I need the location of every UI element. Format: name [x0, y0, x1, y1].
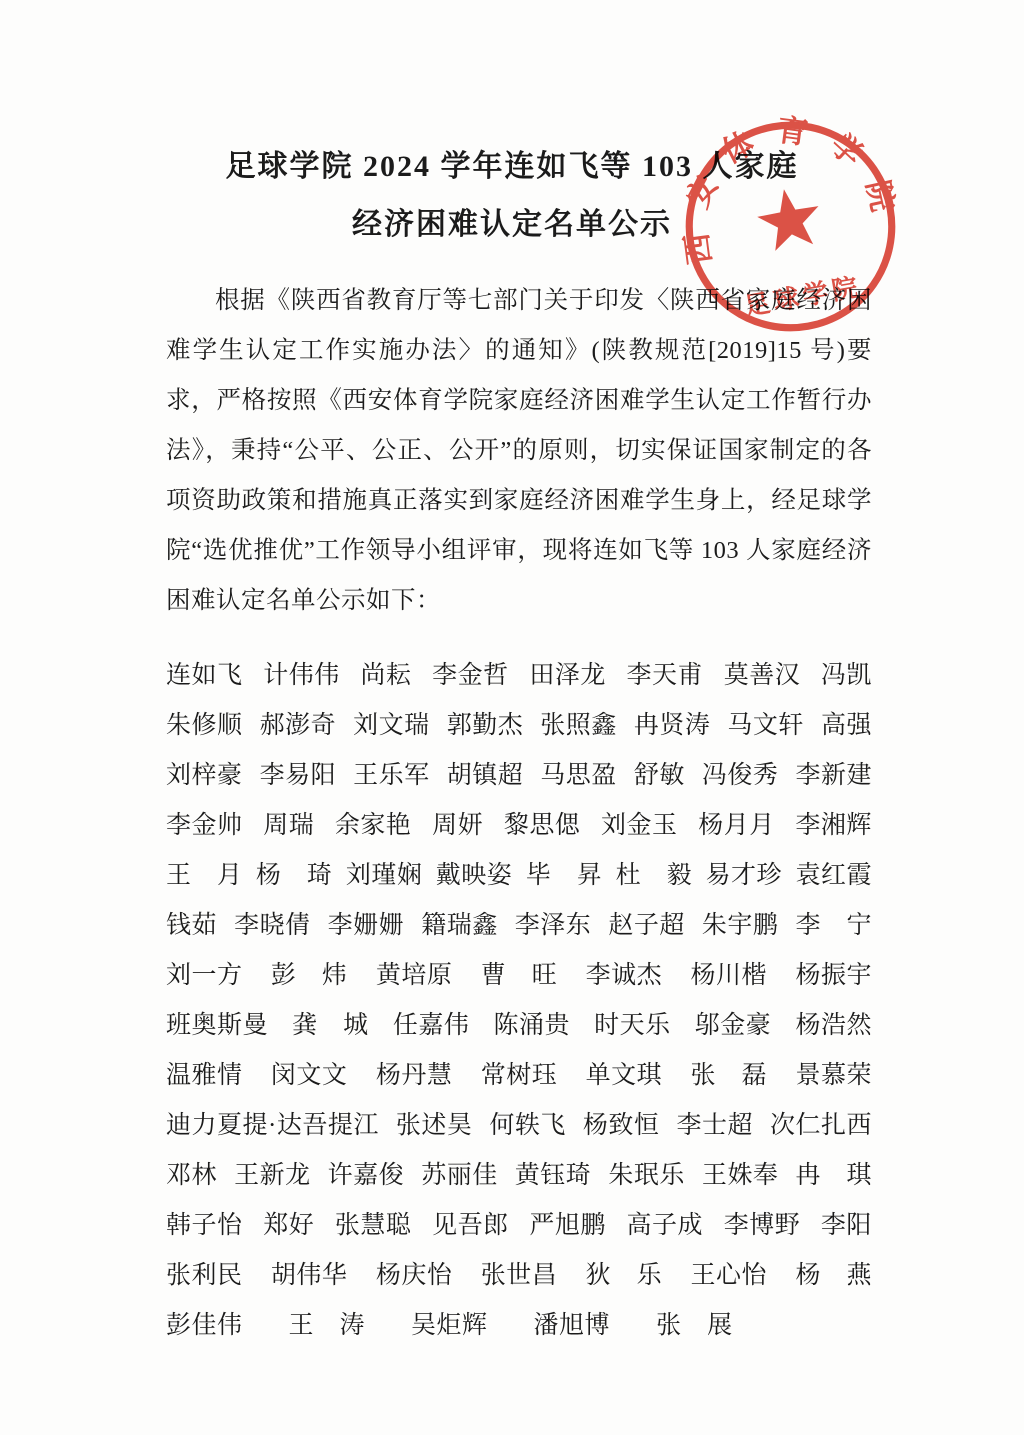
person-name: 邬金豪: [695, 1001, 772, 1051]
person-name: 见吾郎: [432, 1201, 509, 1251]
name-row: 温雅情闵文文杨丹慧常树珏单文琪张 磊景慕荣: [166, 1051, 872, 1101]
person-name: 邓林: [166, 1151, 217, 1201]
person-name: 郭勤杰: [447, 701, 524, 751]
person-name: 刘金玉: [601, 801, 678, 851]
person-name: 黄培原: [376, 951, 453, 1001]
person-name: 许嘉俊: [328, 1151, 405, 1201]
person-name: 李士超: [676, 1101, 753, 1151]
person-name: 时天乐: [594, 1001, 671, 1051]
announcement-page: 足球学院 2024 学年连如飞等 103 人家庭 经济困难认定名单公示 根据《陕…: [0, 0, 1024, 1435]
name-row: 王 月杨 琦刘瑾娴戴映姿毕 昇杜 毅易才珍袁红霞: [166, 851, 872, 901]
person-name: 杜 毅: [616, 851, 693, 901]
person-name: 马思盈: [540, 751, 617, 801]
person-name: 王新龙: [234, 1151, 311, 1201]
person-name: 高强: [821, 701, 872, 751]
announcement-content: 根据《陕西省教育厅等七部门关于印发〈陕西省家庭经济困难学生认定工作实施办法〉的通…: [0, 276, 1024, 1351]
person-name: 刘一方: [166, 951, 243, 1001]
person-name: 冯俊秀: [702, 751, 779, 801]
person-name: 李阳: [821, 1201, 872, 1251]
person-name: 毕 昇: [526, 851, 603, 901]
page-title-line2: 经济困难认定名单公示: [0, 196, 1024, 254]
person-name: 曹 旺: [481, 951, 558, 1001]
name-row: 朱修顺郝澎奇刘文瑞郭勤杰张照鑫冉贤涛马文轩高强: [166, 701, 872, 751]
name-row: 邓林王新龙许嘉俊苏丽佳黄钰琦朱珉乐王姝奉冉 琪: [166, 1151, 872, 1201]
person-name: 吴炬辉: [411, 1301, 488, 1351]
person-name: 朱宇鹏: [702, 901, 779, 951]
person-name: 冉贤涛: [634, 701, 711, 751]
person-name: 彭 炜: [271, 951, 348, 1001]
person-name: 李金帅: [166, 801, 243, 851]
person-name: 王乐军: [353, 751, 430, 801]
person-name: 温雅情: [166, 1051, 243, 1101]
person-name: 陈涌贵: [493, 1001, 570, 1051]
person-name: 朱珉乐: [608, 1151, 685, 1201]
name-row: 刘梓豪李易阳王乐军胡镇超马思盈舒敏冯俊秀李新建: [166, 751, 872, 801]
person-name: 龚 城: [292, 1001, 369, 1051]
person-name: 朱修顺: [166, 701, 243, 751]
person-name: 王姝奉: [702, 1151, 779, 1201]
person-name: 李泽东: [515, 901, 592, 951]
name-row: 刘一方彭 炜黄培原曹 旺李诚杰杨川楷杨振宇: [166, 951, 872, 1001]
person-name: 黄钰琦: [515, 1151, 592, 1201]
person-name: 郑好: [263, 1201, 314, 1251]
person-name: 韩子怡: [166, 1201, 243, 1251]
person-name: 单文琪: [586, 1051, 663, 1101]
person-name: 李易阳: [260, 751, 337, 801]
person-name: 李天甫: [627, 651, 704, 701]
person-name: 次仁扎西: [770, 1101, 872, 1151]
person-name: 李姗姗: [328, 901, 405, 951]
person-name: 刘文瑞: [353, 701, 430, 751]
name-row: 钱茹李晓倩李姗姗籍瑞鑫李泽东赵子超朱宇鹏李 宁: [166, 901, 872, 951]
person-name: 高子成: [627, 1201, 704, 1251]
person-name: 张述昊: [396, 1101, 473, 1151]
person-name: 刘梓豪: [166, 751, 243, 801]
person-name: 迪力夏提·达吾提江: [166, 1101, 379, 1151]
name-row: 连如飞计伟伟尚耘李金哲田泽龙李天甫莫善汉冯凯: [166, 651, 872, 701]
person-name: 尚耘: [360, 651, 411, 701]
person-name: 李博野: [724, 1201, 801, 1251]
person-name: 杨致恒: [583, 1101, 660, 1151]
person-name: 班奥斯曼: [166, 1001, 268, 1051]
person-name: 胡伟华: [271, 1251, 348, 1301]
person-name: 彭佳伟: [166, 1301, 243, 1351]
person-name: 杨丹慧: [376, 1051, 453, 1101]
person-name: 钱茹: [166, 901, 217, 951]
person-name: 黎思偲: [504, 801, 581, 851]
person-name: 李诚杰: [586, 951, 663, 1001]
name-row: 张利民胡伟华杨庆怡张世昌狄 乐王心怡杨 燕: [166, 1251, 872, 1301]
person-name: 杨 燕: [795, 1251, 872, 1301]
person-name: 王心怡: [691, 1251, 768, 1301]
person-name: 严旭鹏: [529, 1201, 606, 1251]
page-title-line1: 足球学院 2024 学年连如飞等 103 人家庭: [0, 138, 1024, 196]
person-name: 李金哲: [432, 651, 509, 701]
person-name: 潘旭博: [534, 1301, 611, 1351]
person-name: 王 涛: [289, 1301, 366, 1351]
person-name: 李 宁: [795, 901, 872, 951]
person-name: 李湘辉: [795, 801, 872, 851]
person-name: 李晓倩: [234, 901, 311, 951]
name-roster: 连如飞计伟伟尚耘李金哲田泽龙李天甫莫善汉冯凯朱修顺郝澎奇刘文瑞郭勤杰张照鑫冉贤涛…: [166, 651, 872, 1351]
name-row: 彭佳伟王 涛吴炬辉潘旭博张 展: [166, 1301, 872, 1351]
person-name: 胡镇超: [447, 751, 524, 801]
person-name: 景慕荣: [795, 1051, 872, 1101]
person-name: 易才珍: [706, 851, 783, 901]
person-name: 田泽龙: [529, 651, 606, 701]
person-name: 闵文文: [271, 1051, 348, 1101]
person-name: 张利民: [166, 1251, 243, 1301]
name-row: 班奥斯曼龚 城任嘉伟陈涌贵时天乐邬金豪杨浩然: [166, 1001, 872, 1051]
person-name: 莫善汉: [724, 651, 801, 701]
person-name: 冉 琪: [795, 1151, 872, 1201]
name-row: 韩子怡郑好张慧聪见吾郎严旭鹏高子成李博野李阳: [166, 1201, 872, 1251]
person-name: 苏丽佳: [421, 1151, 498, 1201]
person-name: 连如飞: [166, 651, 243, 701]
person-name: 杨庆怡: [376, 1251, 453, 1301]
person-name: 赵子超: [608, 901, 685, 951]
person-name: 何轶飞: [489, 1101, 566, 1151]
person-name: 张照鑫: [540, 701, 617, 751]
person-name: 常树珏: [481, 1051, 558, 1101]
person-name: 余家艳: [335, 801, 412, 851]
person-name: 杨振宇: [795, 951, 872, 1001]
person-name: 郝澎奇: [260, 701, 337, 751]
person-name: 周瑞: [263, 801, 314, 851]
person-name: 李新建: [795, 751, 872, 801]
person-name: 杨月月: [698, 801, 775, 851]
person-name: 任嘉伟: [393, 1001, 470, 1051]
person-name: 王 月: [166, 851, 243, 901]
person-name: 戴映姿: [436, 851, 513, 901]
announcement-body: 根据《陕西省教育厅等七部门关于印发〈陕西省家庭经济困难学生认定工作实施办法〉的通…: [166, 276, 872, 626]
person-name: 袁红霞: [795, 851, 872, 901]
person-name: 杨 琦: [256, 851, 333, 901]
person-name: 张 磊: [691, 1051, 768, 1101]
person-name: 计伟伟: [263, 651, 340, 701]
person-name: 张世昌: [481, 1251, 558, 1301]
person-name: 冯凯: [821, 651, 872, 701]
person-name: 张慧聪: [335, 1201, 412, 1251]
person-name: 杨浩然: [795, 1001, 872, 1051]
person-name: 刘瑾娴: [346, 851, 423, 901]
person-name: 张 展: [656, 1301, 733, 1351]
person-name: 舒敏: [634, 751, 685, 801]
person-name: 马文轩: [727, 701, 804, 751]
person-name: 籍瑞鑫: [421, 901, 498, 951]
name-row: 李金帅周瑞余家艳周妍黎思偲刘金玉杨月月李湘辉: [166, 801, 872, 851]
person-name: 狄 乐: [586, 1251, 663, 1301]
page-title: 足球学院 2024 学年连如飞等 103 人家庭 经济困难认定名单公示: [0, 138, 1024, 254]
name-row: 迪力夏提·达吾提江张述昊何轶飞杨致恒李士超次仁扎西: [166, 1101, 872, 1151]
person-name: 周妍: [432, 801, 483, 851]
person-name: 杨川楷: [691, 951, 768, 1001]
